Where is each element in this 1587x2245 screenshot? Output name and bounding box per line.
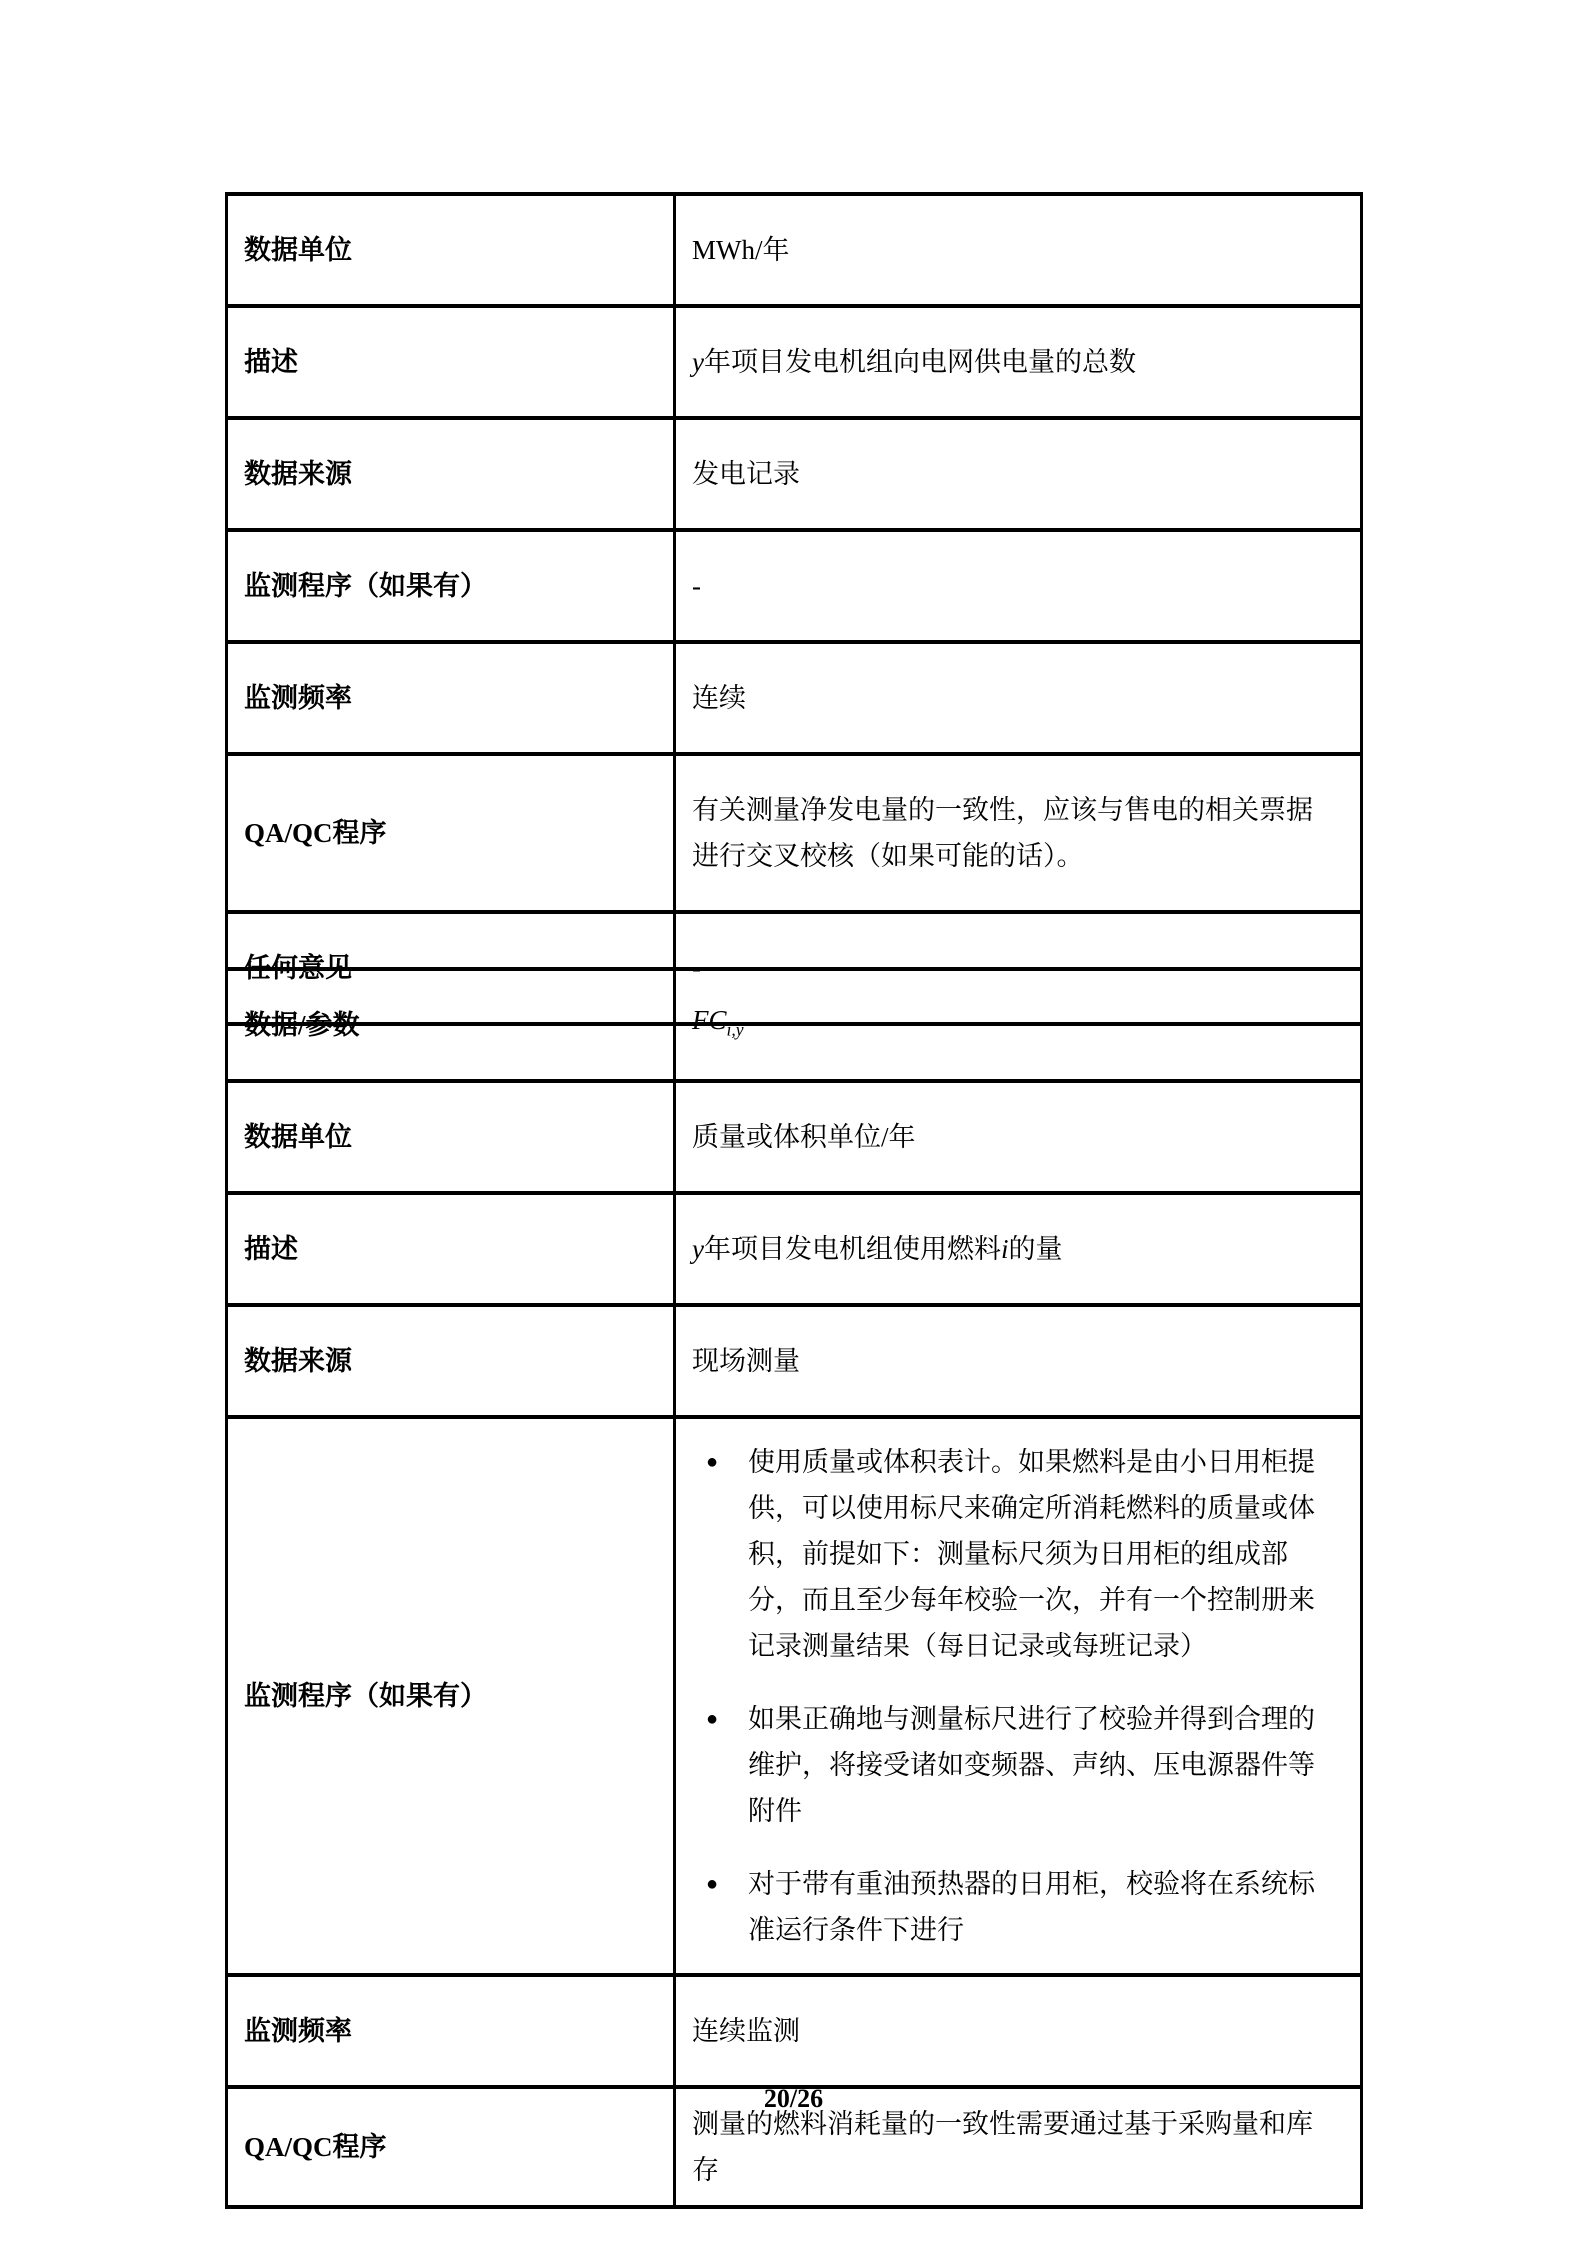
bullet-icon: ● xyxy=(706,1439,718,1485)
row-label: 数据单位 xyxy=(227,1081,675,1193)
text-run: 质量或体积单位/年 xyxy=(692,1122,916,1152)
bullet-item: ●如果正确地与测量标尺进行了校验并得到合理的维护，将接受诸如变频器、声纳、压电源… xyxy=(692,1696,1336,1834)
bullet-icon: ● xyxy=(706,1861,718,1907)
row-label: 监测程序（如果有） xyxy=(227,1417,675,1975)
text-run: i,y xyxy=(727,1020,744,1040)
bullet-icon: ● xyxy=(706,1696,718,1742)
table-row: QA/QC程序有关测量净发电量的一致性，应该与售电的相关票据进行交叉校核（如果可… xyxy=(227,754,1362,912)
text-run: FC xyxy=(692,1005,727,1035)
text-run: 连续 xyxy=(692,683,746,713)
row-value: FCi,y xyxy=(675,969,1362,1081)
table-row: 描述y年项目发电机组使用燃料i的量 xyxy=(227,1193,1362,1305)
row-value: 现场测量 xyxy=(675,1305,1362,1417)
text-run: y xyxy=(692,1234,704,1264)
table-row: 监测频率连续监测 xyxy=(227,1975,1362,2087)
text-run: - xyxy=(692,571,701,601)
table-row: 数据单位质量或体积单位/年 xyxy=(227,1081,1362,1193)
text-run: 年项目发电机组向电网供电量的总数 xyxy=(704,347,1136,377)
bullet-item: ●对于带有重油预热器的日用柜，校验将在系统标准运行条件下进行 xyxy=(692,1861,1336,1953)
bullet-list: ●使用质量或体积表计。如果燃料是由小日用柜提供，可以使用标尺来确定所消耗燃料的质… xyxy=(692,1439,1336,1953)
row-value: 发电记录 xyxy=(675,418,1362,530)
row-value: - xyxy=(675,530,1362,642)
text-run: 年项目发电机组使用燃料 xyxy=(704,1234,1001,1264)
row-label: 数据来源 xyxy=(227,1305,675,1417)
page-number: 20/26 xyxy=(0,2084,1587,2114)
text-run: 有关测量净发电量的一致性，应该与售电的相关票据进行交叉校核（如果可能的话）。 xyxy=(692,795,1313,871)
table-row: 数据来源现场测量 xyxy=(227,1305,1362,1417)
row-value: y年项目发电机组向电网供电量的总数 xyxy=(675,306,1362,418)
text-run: 测量的燃料消耗量的一致性需要通过基于采购量和库存 xyxy=(692,2109,1313,2185)
row-value: 连续监测 xyxy=(675,1975,1362,2087)
row-label: 描述 xyxy=(227,1193,675,1305)
row-label: 监测频率 xyxy=(227,1975,675,2087)
text-run: 现场测量 xyxy=(692,1346,800,1376)
text-run: 使用质量或体积表计。如果燃料是由小日用柜提供，可以使用标尺来确定所消耗燃料的质量… xyxy=(748,1447,1315,1661)
row-label: 描述 xyxy=(227,306,675,418)
text-run: i xyxy=(1001,1234,1009,1264)
text-run: 的量 xyxy=(1009,1234,1063,1264)
document-page: 数据单位MWh/年描述y年项目发电机组向电网供电量的总数数据来源发电记录监测程序… xyxy=(0,0,1587,2245)
row-label: 监测频率 xyxy=(227,642,675,754)
text-run: 对于带有重油预热器的日用柜，校验将在系统标准运行条件下进行 xyxy=(748,1869,1315,1945)
table-row: 监测程序（如果有）●使用质量或体积表计。如果燃料是由小日用柜提供，可以使用标尺来… xyxy=(227,1417,1362,1975)
row-value: 质量或体积单位/年 xyxy=(675,1081,1362,1193)
table-row: 监测程序（如果有）- xyxy=(227,530,1362,642)
parameter-table-2: 数据/参数FCi,y数据单位质量或体积单位/年描述y年项目发电机组使用燃料i的量… xyxy=(225,967,1363,2209)
row-value: MWh/年 xyxy=(675,194,1362,306)
text-run: MWh/年 xyxy=(692,235,790,265)
parameter-table-1: 数据单位MWh/年描述y年项目发电机组向电网供电量的总数数据来源发电记录监测程序… xyxy=(225,192,1363,1026)
row-label: 数据/参数 xyxy=(227,969,675,1081)
row-label: 监测程序（如果有） xyxy=(227,530,675,642)
table-row: 监测频率连续 xyxy=(227,642,1362,754)
text-run: 连续监测 xyxy=(692,2016,800,2046)
row-value: 有关测量净发电量的一致性，应该与售电的相关票据进行交叉校核（如果可能的话）。 xyxy=(675,754,1362,912)
row-value: ●使用质量或体积表计。如果燃料是由小日用柜提供，可以使用标尺来确定所消耗燃料的质… xyxy=(675,1417,1362,1975)
row-label: 数据单位 xyxy=(227,194,675,306)
table-row: 描述y年项目发电机组向电网供电量的总数 xyxy=(227,306,1362,418)
text-run: 发电记录 xyxy=(692,459,800,489)
row-value: y年项目发电机组使用燃料i的量 xyxy=(675,1193,1362,1305)
table-row: 数据来源发电记录 xyxy=(227,418,1362,530)
table-row: 数据/参数FCi,y xyxy=(227,969,1362,1081)
bullet-item: ●使用质量或体积表计。如果燃料是由小日用柜提供，可以使用标尺来确定所消耗燃料的质… xyxy=(692,1439,1336,1669)
text-run: y xyxy=(692,347,704,377)
text-run: 如果正确地与测量标尺进行了校验并得到合理的维护，将接受诸如变频器、声纳、压电源器… xyxy=(748,1704,1315,1826)
table-row: 数据单位MWh/年 xyxy=(227,194,1362,306)
row-label: 数据来源 xyxy=(227,418,675,530)
row-value: 连续 xyxy=(675,642,1362,754)
row-label: QA/QC程序 xyxy=(227,754,675,912)
